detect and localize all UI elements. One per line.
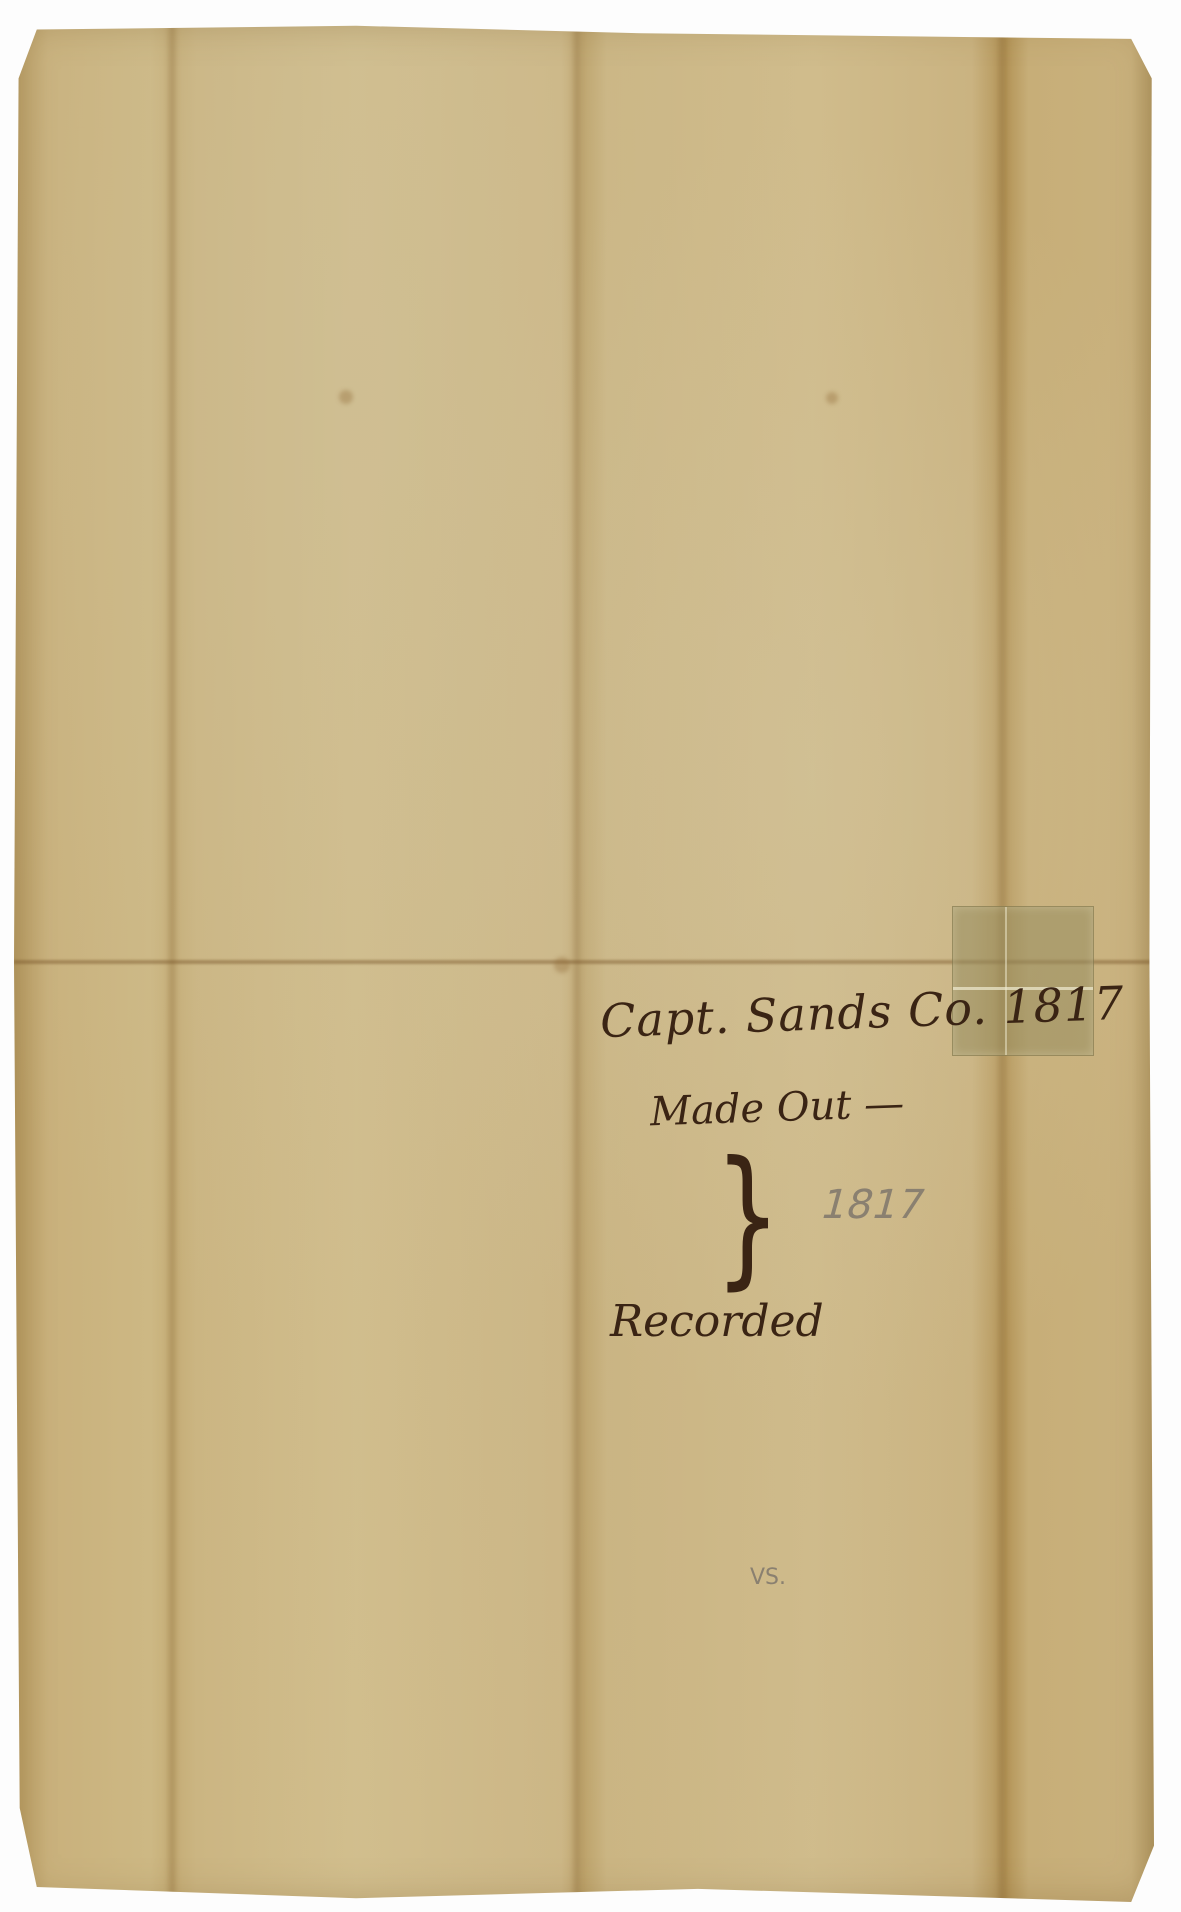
document-paper [14, 22, 1154, 1902]
stain-spot [554, 957, 570, 973]
pencil-mark: VS. [750, 1565, 786, 1590]
brace-flourish: } [714, 1130, 781, 1304]
recorded-line: Recorded [610, 1296, 824, 1347]
made-out-line: Made Out — [649, 1081, 905, 1136]
pencil-year: 1817 [816, 1182, 930, 1228]
stain-spot [826, 392, 838, 404]
stain-spot [339, 390, 353, 404]
